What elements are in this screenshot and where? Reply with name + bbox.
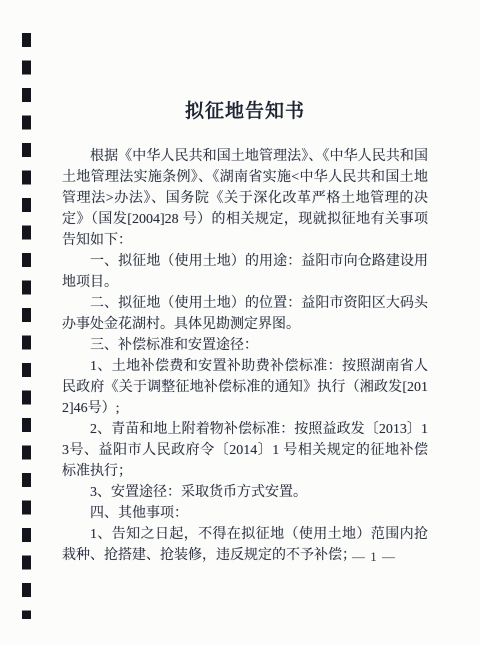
paragraph-other-matters-heading: 四、其他事项： — [62, 503, 428, 524]
paragraph-crops-attachments: 2、青苗和地上附着物补偿标准：按照益政发〔2013〕13号、益阳市人民政府令〔2… — [62, 419, 428, 482]
binding-holes — [22, 33, 31, 619]
paragraph-resettlement: 3、安置途径：采取货币方式安置。 — [62, 482, 428, 503]
paragraph-legal-basis: 根据《中华人民共和国土地管理法》、《中华人民共和国土地管理法实施条例》、《湖南省… — [62, 146, 428, 251]
paragraph-compensation-standard: 1、土地补偿费和安置补助费补偿标准：按照湖南省人民政府《关于调整征地补偿标准的通… — [62, 356, 428, 419]
page-number: — 1 — — [352, 549, 396, 565]
paragraph-compensation-heading: 三、补偿标准和安置途径： — [62, 335, 428, 356]
document-title: 拟征地告知书 — [62, 100, 428, 124]
document: 拟征地告知书 根据《中华人民共和国土地管理法》、《中华人民共和国土地管理法实施条… — [62, 100, 428, 566]
paragraph-land-use: 一、拟征地（使用土地）的用途：益阳市向仓路建设用地项目。 — [62, 251, 428, 293]
scanned-document-page: 拟征地告知书 根据《中华人民共和国土地管理法》、《中华人民共和国土地管理法实施条… — [0, 0, 480, 646]
paragraph-land-location: 二、拟征地（使用土地）的位置：益阳市资阳区大码头办事处金花湖村。具体见勘测定界图… — [62, 293, 428, 335]
document-body: 根据《中华人民共和国土地管理法》、《中华人民共和国土地管理法实施条例》、《湖南省… — [62, 146, 428, 566]
